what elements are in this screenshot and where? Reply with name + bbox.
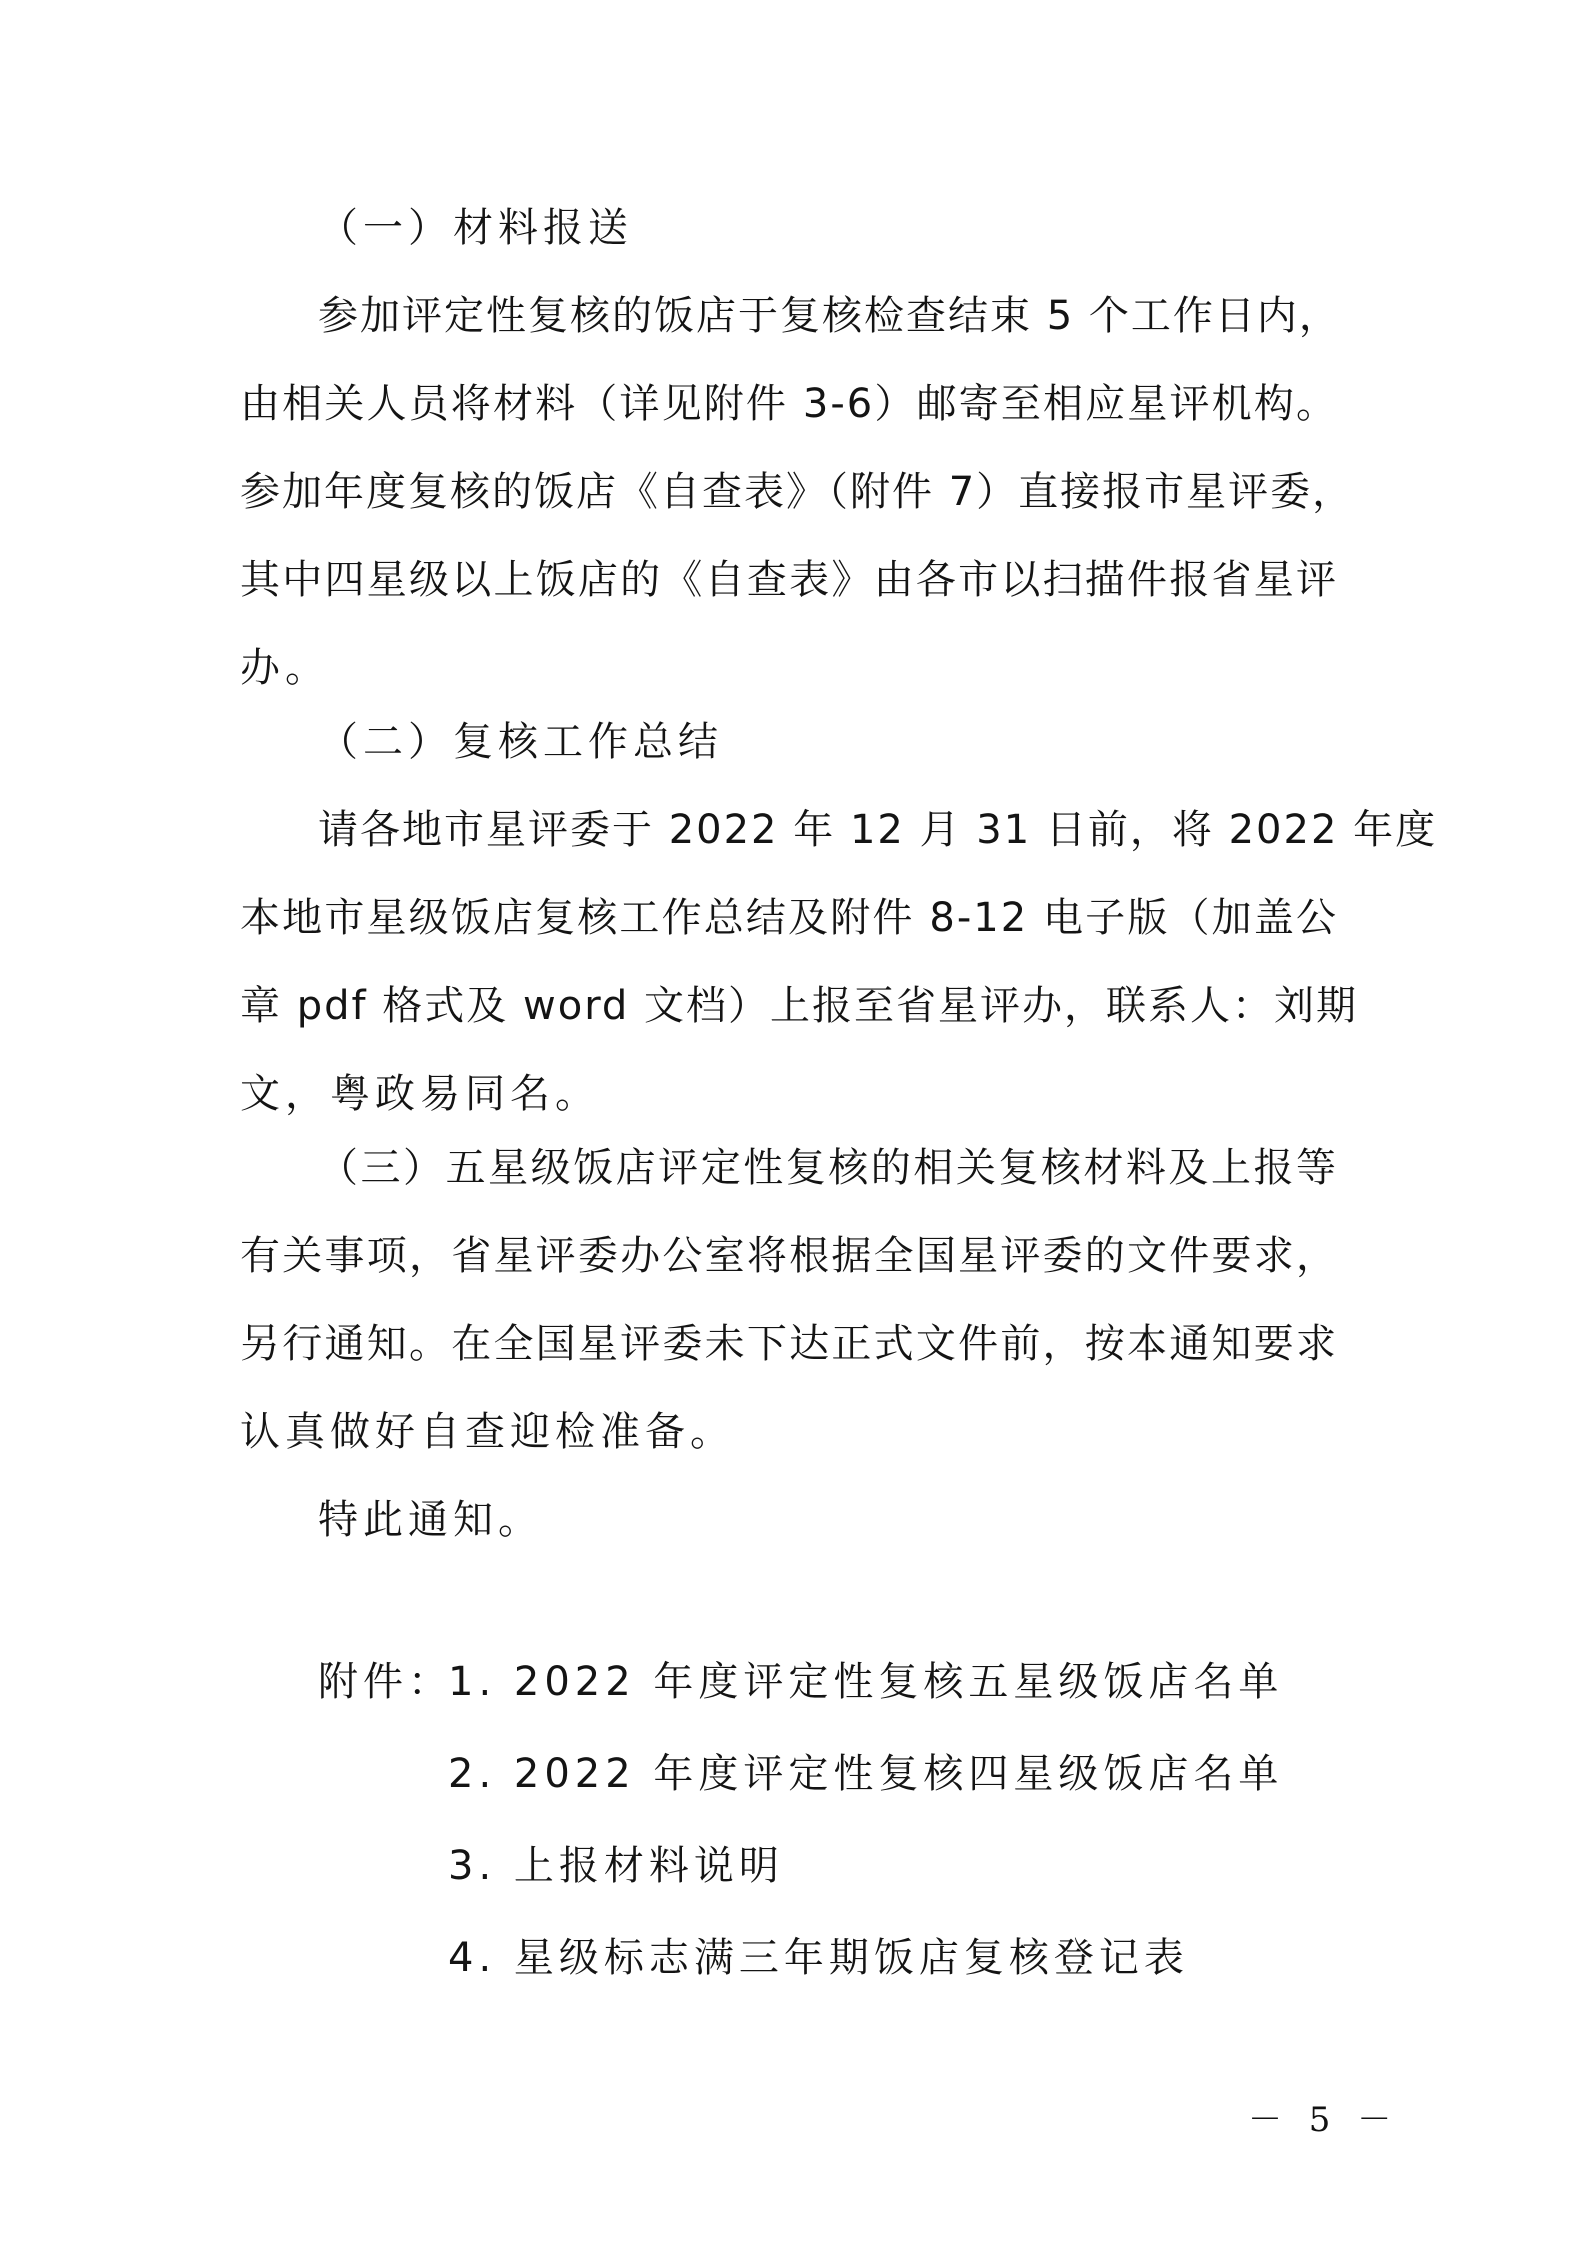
paragraph-line: （三）五星级饭店评定性复核的相关复核材料及上报等 [318,1142,1338,1194]
paragraph-line: 另行通知。在全国星评委未下达正式文件前，按本通知要求 [240,1318,1338,1370]
closing-text: 特此通知。 [318,1494,543,1546]
paragraph-line: 认真做好自查迎检准备。 [240,1406,735,1458]
paragraph-line: 参加评定性复核的饭店于复核检查结束 5 个工作日内， [318,290,1338,342]
paragraph-line: 办。 [240,642,330,694]
attachment-item: 1. 2022 年度评定性复核五星级饭店名单 [448,1656,1283,1708]
page-number: － 5 － [1248,2100,1399,2140]
section-heading-materials: （一）材料报送 [318,202,633,254]
paragraph-line: 其中四星级以上饭店的《自查表》由各市以扫描件报省星评 [240,554,1338,606]
paragraph-line: 由相关人员将材料（详见附件 3-6）邮寄至相应星评机构。 [240,378,1338,430]
attachment-item: 2. 2022 年度评定性复核四星级饭店名单 [448,1748,1283,1800]
attachment-item: 4. 星级标志满三年期饭店复核登记表 [448,1932,1189,1984]
paragraph-line: 请各地市星评委于 2022 年 12 月 31 日前，将 2022 年度 [318,804,1338,856]
section-heading-summary: （二）复核工作总结 [318,716,723,768]
paragraph-line: 章 pdf 格式及 word 文档）上报至省星评办，联系人：刘期 [240,980,1338,1032]
paragraph-line: 有关事项，省星评委办公室将根据全国星评委的文件要求， [240,1230,1338,1282]
paragraph-line: 文，粤政易同名。 [240,1068,600,1120]
attachments-label: 附件： [318,1656,453,1708]
attachment-item: 3. 上报材料说明 [448,1840,784,1892]
paragraph-line: 本地市星级饭店复核工作总结及附件 8-12 电子版（加盖公 [240,892,1338,944]
document-page: （一）材料报送 参加评定性复核的饭店于复核检查结束 5 个工作日内， 由相关人员… [0,0,1586,2242]
paragraph-line: 参加年度复核的饭店《自查表》（附件 7）直接报市星评委， [240,466,1338,518]
